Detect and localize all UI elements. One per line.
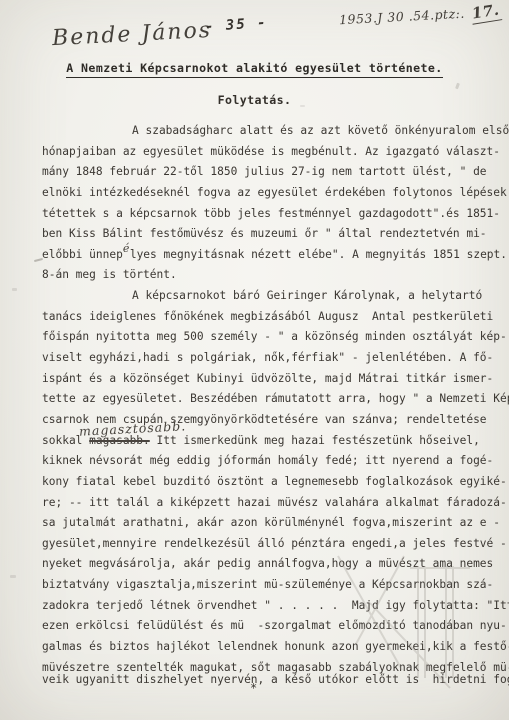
text-line: mány 1848 február 22-től 1850 julius 27-…: [42, 165, 504, 186]
text-line: A képcsarnokot báró Geiringer Károlynak,…: [42, 289, 504, 310]
text-line: kony fiatal kebel buzditó ösztönt a legn…: [42, 475, 504, 496]
text-line: elnöki intézkedéseknél fogva az egyesüle…: [42, 186, 504, 207]
document-subtitle: Folytatás.: [218, 93, 292, 107]
text-line: előbbi ünnepélyes megnyitásnak nézett el…: [42, 248, 504, 269]
text-line: ispánt és a közönséget Kubinyi üdvözölte…: [42, 372, 504, 393]
text-line: 8-án meg is történt.: [42, 268, 504, 289]
scan-smudge: [10, 575, 16, 578]
text-segment: magasabb.magasztosabb.: [89, 434, 150, 447]
document-title: A Nemzeti Képcsarnokot alakitó egyesület…: [66, 61, 442, 78]
text-segment: Itt ismerkedünk meg hazai festészetünk h…: [150, 434, 480, 447]
text-line: viselt egyházi,hadi s polgáriak, nők,fér…: [42, 351, 504, 372]
archive-annotation: 1953.J 30 .54.ptz:. 17.: [339, 2, 502, 30]
text-line: tanács ideiglenes főnökének megbizásából…: [42, 310, 504, 331]
text-line: főispán nyitotta meg 500 személy - " a k…: [42, 330, 504, 351]
footer-mark: *: [250, 681, 257, 695]
document-subtitle-row: Folytatás.: [0, 89, 509, 108]
text-line: tétettek s a képcsarnok több jeles festm…: [42, 207, 504, 228]
page-number: - 35 -: [205, 15, 269, 35]
scan-smudge: [12, 288, 17, 291]
archive-note-text: 1953.J 30 .54.ptz:.: [339, 6, 465, 28]
text-line: ben Kiss Bálint festőmüvész és muzeumi ő…: [42, 227, 504, 248]
text-line: sokkal magasabb.magasztosabb. Itt ismerk…: [42, 434, 504, 455]
handwritten-author-name: Bende János: [51, 18, 212, 51]
archive-page-number: 17.: [470, 0, 502, 24]
scan-smudge: [300, 105, 305, 107]
archive-watermark-icon: [330, 548, 500, 713]
scanned-document-page: 1953.J 30 .54.ptz:. 17. Bende János - 35…: [0, 0, 509, 720]
text-segment: előbbi ünnep: [42, 248, 123, 261]
text-line: A szabadságharc alatt és az azt követő ö…: [42, 124, 504, 145]
text-line: re; -- itt talál a kiképzett hazai müvés…: [42, 496, 504, 517]
text-line: tette az egyesületet. Beszédében rámutat…: [42, 392, 504, 413]
text-segment: lyes megnyitásnak nézett elébe". A megny…: [130, 248, 507, 261]
document-title-row: A Nemzeti Képcsarnokot alakitó egyesület…: [0, 57, 509, 78]
text-line: sa jutalmát arathatni, akár azon körülmé…: [42, 516, 504, 537]
text-line: kiknek névsorát még eddig jóformán homál…: [42, 454, 504, 475]
text-line: hónapjaiban az egyesület müködése is meg…: [42, 145, 504, 166]
handwritten-inserted-letter: é: [123, 242, 130, 255]
